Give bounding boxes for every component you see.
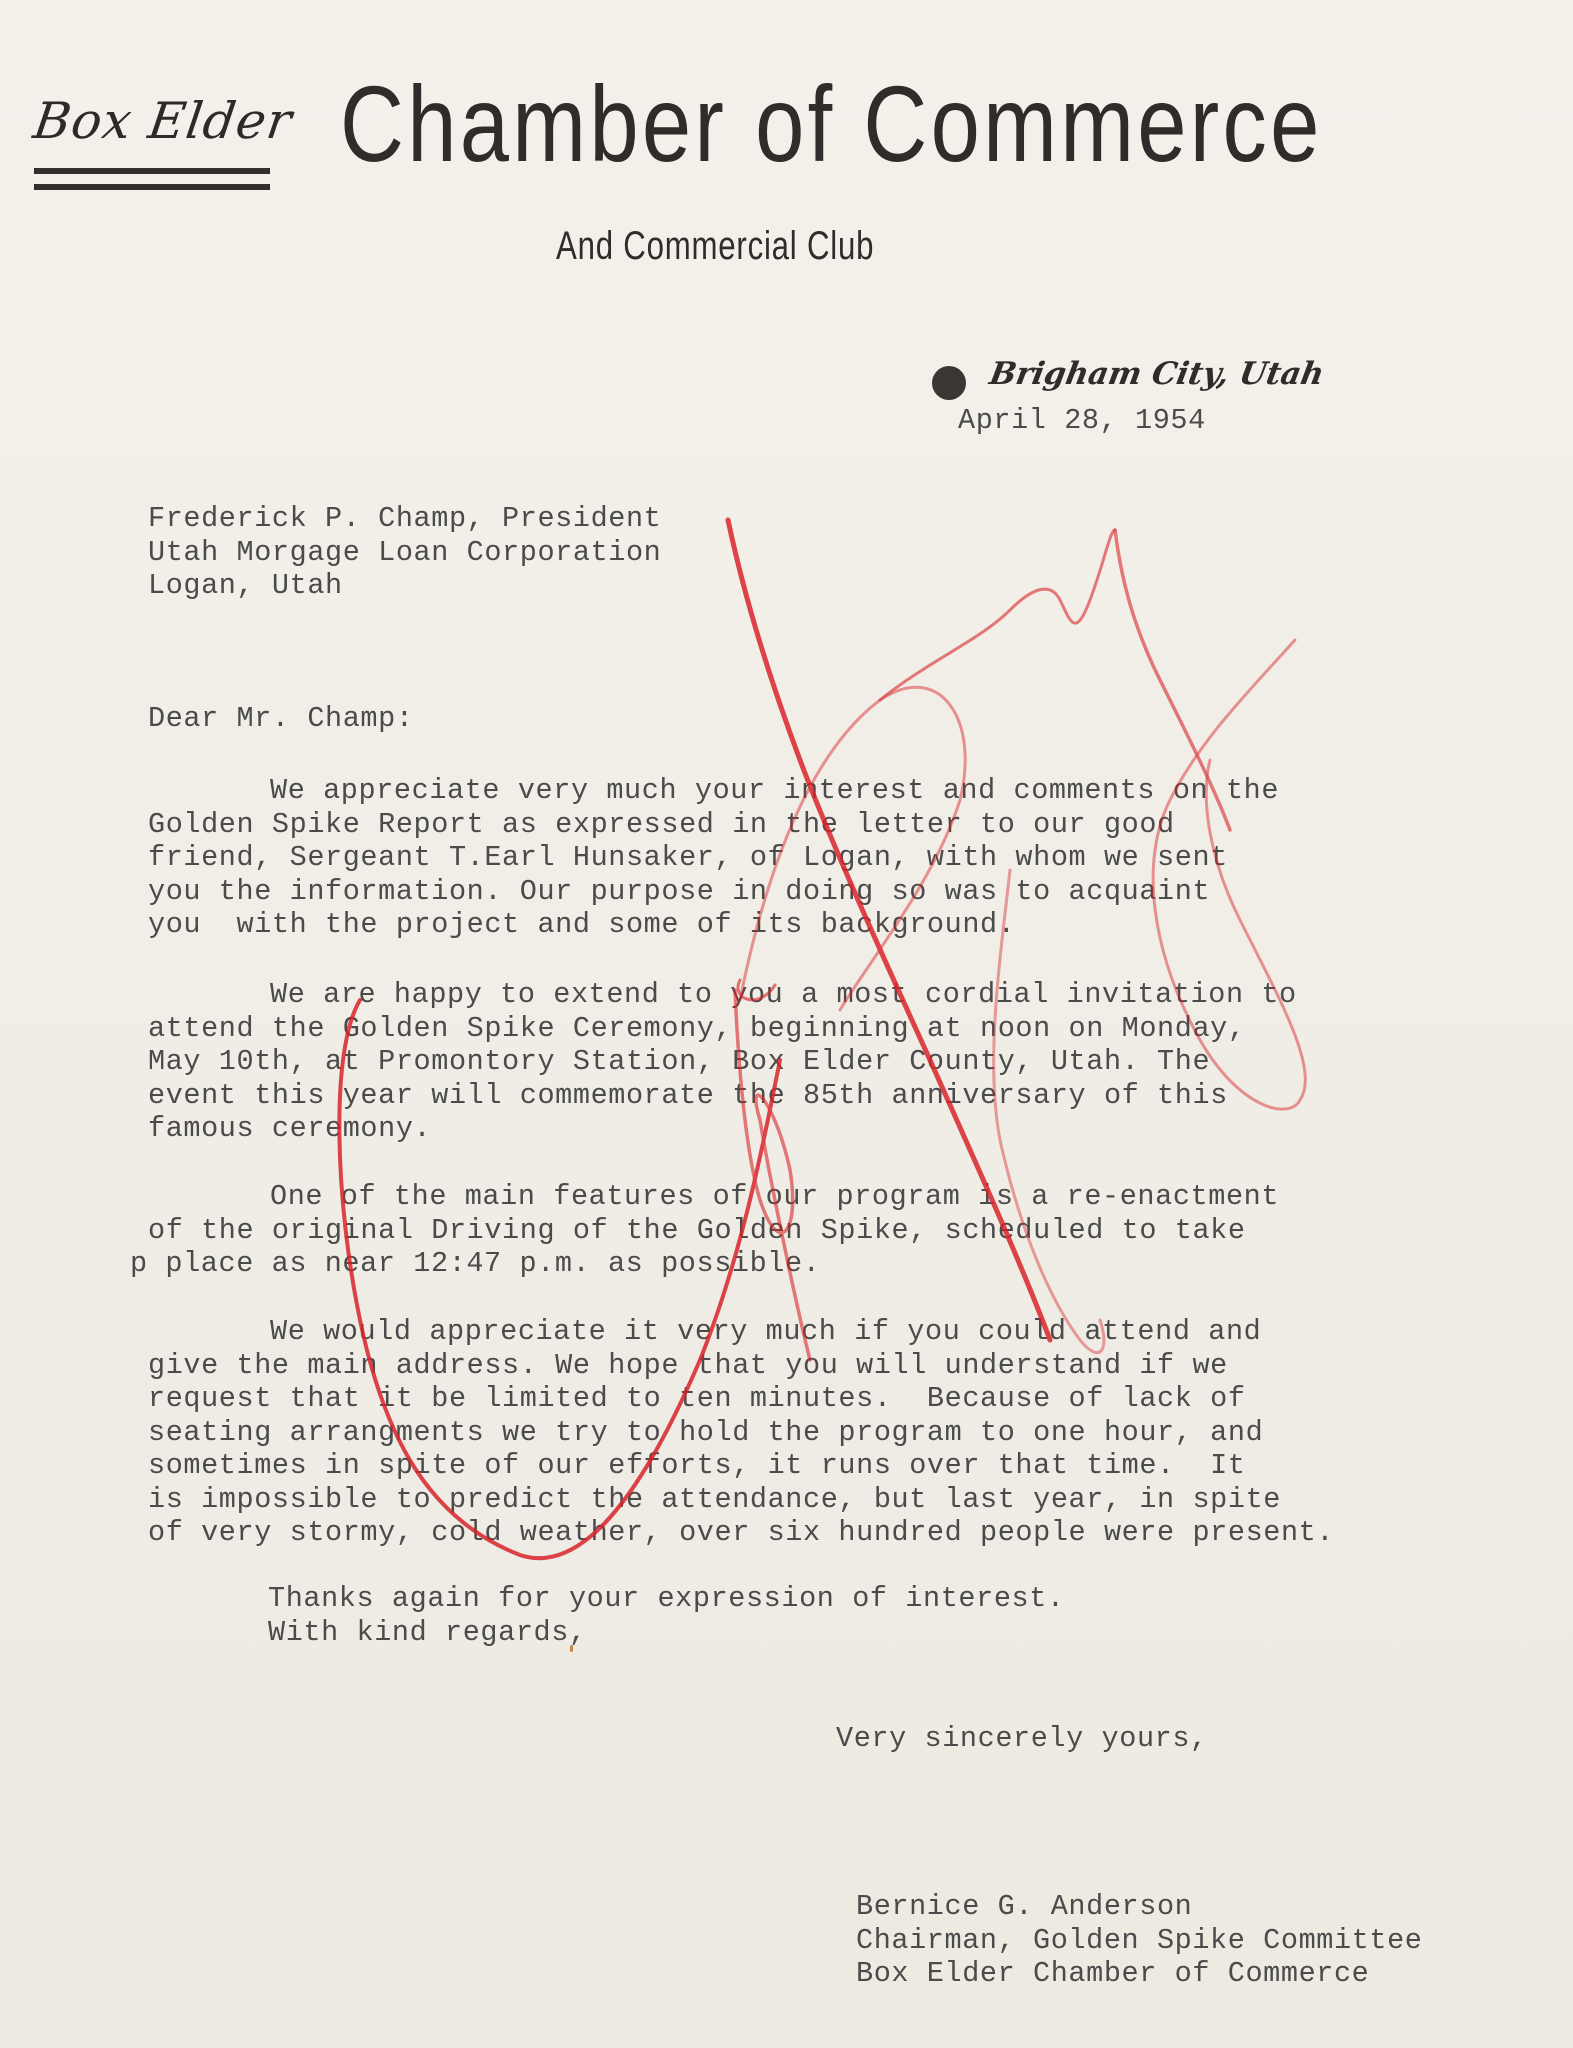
body-line: give the main address. We hope that you … — [148, 1349, 1334, 1383]
closing: Thanks again for your expression of inte… — [268, 1582, 1065, 1649]
body-line: We would appreciate it very much if you … — [148, 1315, 1334, 1349]
signer-title: Chairman, Golden Spike Committee — [856, 1924, 1423, 1958]
signer-organization: Box Elder Chamber of Commerce — [856, 1957, 1423, 1991]
body-paragraph: We are happy to extend to you a most cor… — [148, 978, 1297, 1146]
recipient-address: Frederick P. Champ, PresidentUtah Morgag… — [148, 502, 661, 603]
body-line-text: of the original Driving of the Golden Sp… — [148, 1214, 1246, 1247]
body-line: attend the Golden Spike Ceremony, beginn… — [148, 1012, 1297, 1046]
body-paragraph: One of the main features of our program … — [130, 1180, 1279, 1281]
closing-line: Thanks again for your expression of inte… — [268, 1582, 1065, 1616]
bullet-dot-icon — [932, 366, 966, 400]
body-line: is impossible to predict the attendance,… — [148, 1483, 1334, 1517]
salutation: Dear Mr. Champ: — [148, 702, 414, 736]
recipient-line: Utah Morgage Loan Corporation — [148, 536, 661, 570]
body-line: event this year will commemorate the 85t… — [148, 1079, 1297, 1113]
letterhead-title: Chamber of Commerce — [340, 70, 1323, 178]
body-line-text: We would appreciate it very much if you … — [270, 1315, 1261, 1348]
body-line: sometimes in spite of our efforts, it ru… — [148, 1449, 1334, 1483]
letterhead-subtitle: And Commercial Club — [556, 224, 874, 269]
body-line: of very stormy, cold weather, over six h… — [148, 1516, 1334, 1550]
body-line: May 10th, at Promontory Station, Box Eld… — [148, 1045, 1297, 1079]
letter-date: April 28, 1954 — [958, 404, 1206, 438]
body-line: seating arrangments we try to hold the p… — [148, 1416, 1334, 1450]
letterhead-location: Brigham City, Utah — [987, 356, 1327, 392]
body-line-text: We appreciate very much your interest an… — [270, 774, 1279, 807]
body-line: you with the project and some of its bac… — [148, 908, 1279, 942]
letterhead-script-name: Box Elder — [30, 92, 296, 150]
body-paragraph: We appreciate very much your interest an… — [148, 774, 1279, 942]
body-line: you the information. Our purpose in doin… — [148, 875, 1279, 909]
body-line: of the original Driving of the Golden Sp… — [130, 1214, 1279, 1248]
body-line: One of the main features of our program … — [130, 1180, 1279, 1214]
body-line: We appreciate very much your interest an… — [148, 774, 1279, 808]
body-paragraph: We would appreciate it very much if you … — [148, 1315, 1334, 1550]
body-line: p place as near 12:47 p.m. as possible. — [130, 1247, 1279, 1281]
valediction: Very sincerely yours, — [836, 1722, 1208, 1756]
signature-block: Bernice G. AndersonChairman, Golden Spik… — [856, 1890, 1423, 1991]
closing-line: With kind regards, — [268, 1616, 1065, 1650]
body-line-text: One of the main features of our program … — [270, 1180, 1279, 1213]
body-line: famous ceremony. — [148, 1112, 1297, 1146]
body-line: We are happy to extend to you a most cor… — [148, 978, 1297, 1012]
signer-name: Bernice G. Anderson — [856, 1890, 1423, 1924]
body-line: request that it be limited to ten minute… — [148, 1382, 1334, 1416]
paper-speck — [570, 1645, 573, 1652]
recipient-line: Logan, Utah — [148, 569, 661, 603]
body-line: Golden Spike Report as expressed in the … — [148, 808, 1279, 842]
body-line-text: We are happy to extend to you a most cor… — [270, 978, 1297, 1011]
body-line: friend, Sergeant T.Earl Hunsaker, of Log… — [148, 841, 1279, 875]
letterhead-rule — [34, 168, 270, 174]
letterhead-rule — [34, 184, 270, 190]
recipient-line: Frederick P. Champ, President — [148, 502, 661, 536]
